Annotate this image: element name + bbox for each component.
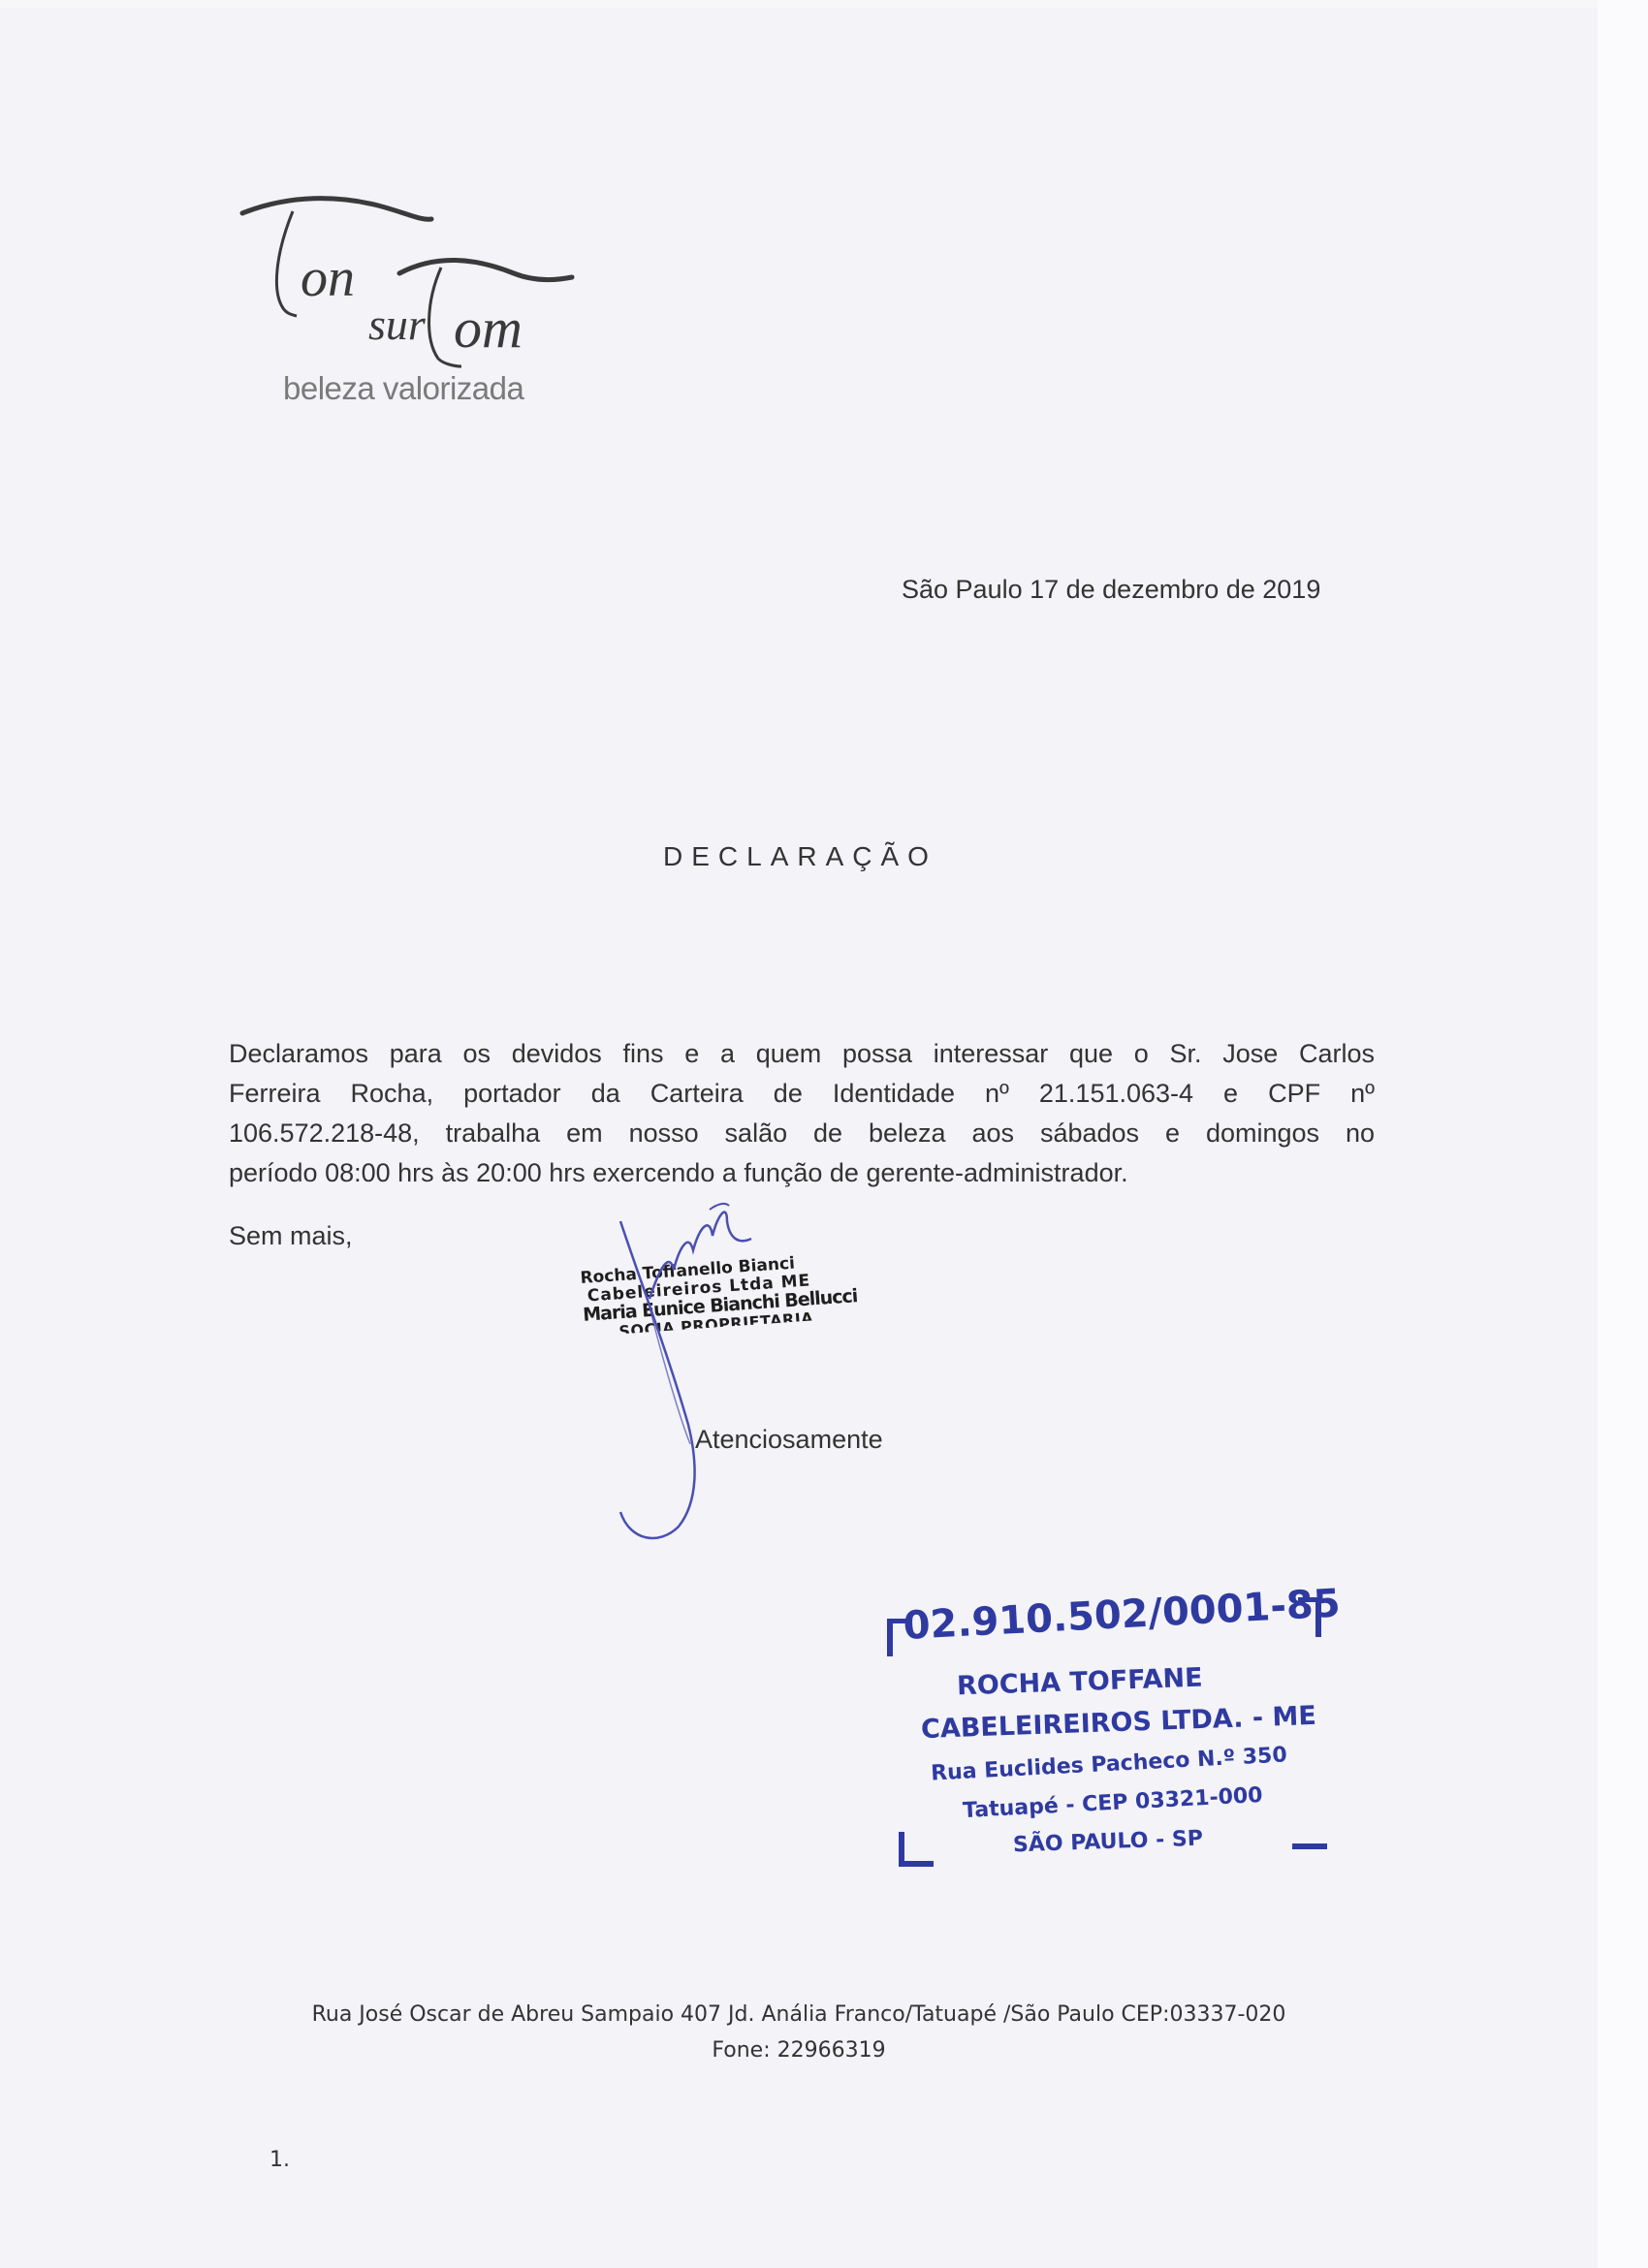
cnpj-number: 02.910.502/0001-85 <box>903 1581 1342 1649</box>
paper-page: on sur om beleza valorizada São Paulo 17… <box>0 0 1598 2268</box>
cnpj-stamp-line: ROCHA TOFFANE <box>957 1663 1203 1702</box>
cnpj-stamp-line: Tatuapé - CEP 03321-000 <box>963 1783 1264 1823</box>
logo-tagline: beleza valorizada <box>283 370 523 407</box>
closing-sem-mais: Sem mais, <box>229 1221 353 1251</box>
cnpj-stamp: 02.910.502/0001-85 ROCHA TOFFANE CABELEI… <box>877 1590 1343 1861</box>
cnpj-stamp-line: SÃO PAULO - SP <box>1013 1827 1204 1858</box>
svg-text:om: om <box>454 297 523 360</box>
stamp-bracket <box>899 1832 934 1867</box>
stamp-bracket <box>1292 1843 1327 1849</box>
ton-sur-tom-logo-icon: on sur om <box>233 184 582 378</box>
page-number: 1. <box>269 2148 290 2172</box>
body-line: período 08:00 hrs às 20:00 hrs exercendo… <box>229 1153 1375 1193</box>
body-line: Declaramos para os devidos fins e a quem… <box>229 1034 1375 1074</box>
document-title: DECLARAÇÃO <box>663 841 937 872</box>
body-line: Ferreira Rocha, portador da Carteira de … <box>229 1074 1375 1114</box>
handwritten-signature-icon <box>582 1192 814 1560</box>
cnpj-stamp-line: Rua Euclides Pacheco N.º 350 <box>931 1743 1288 1785</box>
closing-atenciosamente: Atenciosamente <box>695 1425 883 1455</box>
date-line: São Paulo 17 de dezembro de 2019 <box>902 575 1320 605</box>
body-line: 106.572.218-48, trabalha em nosso salão … <box>229 1114 1375 1153</box>
paper-edge <box>0 0 1598 8</box>
letterhead-logo: on sur om beleza valorizada <box>233 184 582 407</box>
svg-text:sur: sur <box>368 299 427 349</box>
footer-phone: Fone: 22966319 <box>0 2038 1598 2063</box>
svg-text:on: on <box>301 248 355 308</box>
footer-address: Rua José Oscar de Abreu Sampaio 407 Jd. … <box>0 2002 1598 2027</box>
cnpj-stamp-line: CABELEIREIROS LTDA. - ME <box>921 1701 1317 1745</box>
declaration-body: Declaramos para os devidos fins e a quem… <box>229 1034 1375 1193</box>
